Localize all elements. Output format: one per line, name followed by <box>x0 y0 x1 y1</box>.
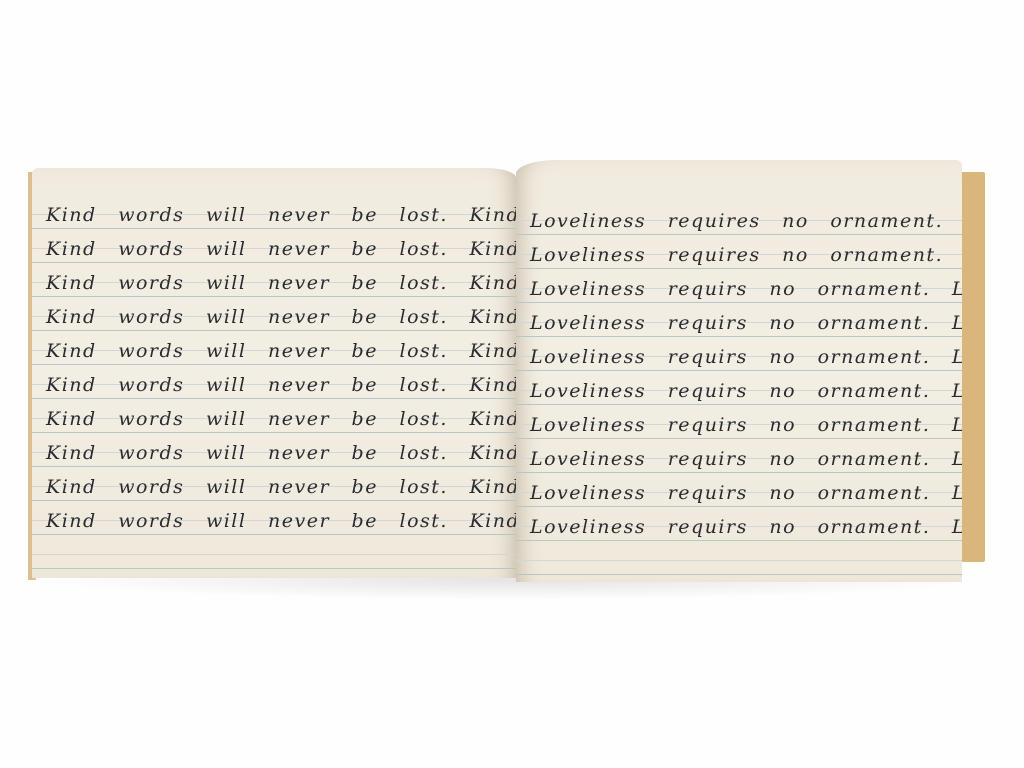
handwriting-line: Kind words will never be lost. Kind. <box>32 434 516 467</box>
handwriting-line: Loveliness requirs no ornament. Lonely. <box>516 508 962 541</box>
handwriting-line: Loveliness requirs no ornament. Lonely. <box>516 270 962 303</box>
handwriting-line: Loveliness requirs no ornament. Lonely. <box>516 304 962 337</box>
handwriting-line: Loveliness requirs no ornament. Lonely. <box>516 406 962 439</box>
handwriting-line: Kind words will never be lost. Kind. <box>32 468 516 501</box>
handwriting-line: Kind words will never be lost. Kind. <box>32 366 516 399</box>
handwriting-line: Kind words will never be lost. Kind. <box>32 230 516 263</box>
right-page: Loveliness requires no ornament. Lonely.… <box>516 160 962 582</box>
handwriting-line: Loveliness requires no ornament. Lonely. <box>516 236 962 269</box>
handwriting-line: Kind words will never be lost. Kind. <box>32 332 516 365</box>
handwriting-line: Loveliness requires no ornament. Lonely. <box>516 202 962 235</box>
blank-line <box>32 536 516 569</box>
handwriting-line: Loveliness requirs no ornament. Lonely. <box>516 372 962 405</box>
handwriting-line: Kind words will never be lost. Kind <box>32 264 516 297</box>
handwriting-line: Loveliness requirs no ornament. Lonely. <box>516 338 962 371</box>
handwriting-line: Kind words will never be lost. Kind. <box>32 196 516 229</box>
handwriting-line: Kind words will never be lost. Kind. <box>32 502 516 535</box>
handwriting-line: Kind words will never be lost. Kind. <box>32 298 516 331</box>
handwriting-line: Kind words will never be lost. Kind. <box>32 400 516 433</box>
handwriting-line: Loveliness requirs no ornament. Lonely. <box>516 440 962 473</box>
blank-line <box>516 542 962 575</box>
left-page: Kind words will never be lost. Kind. Kin… <box>32 168 516 578</box>
handwriting-line: Loveliness requirs no ornament. Lonely. <box>516 474 962 507</box>
